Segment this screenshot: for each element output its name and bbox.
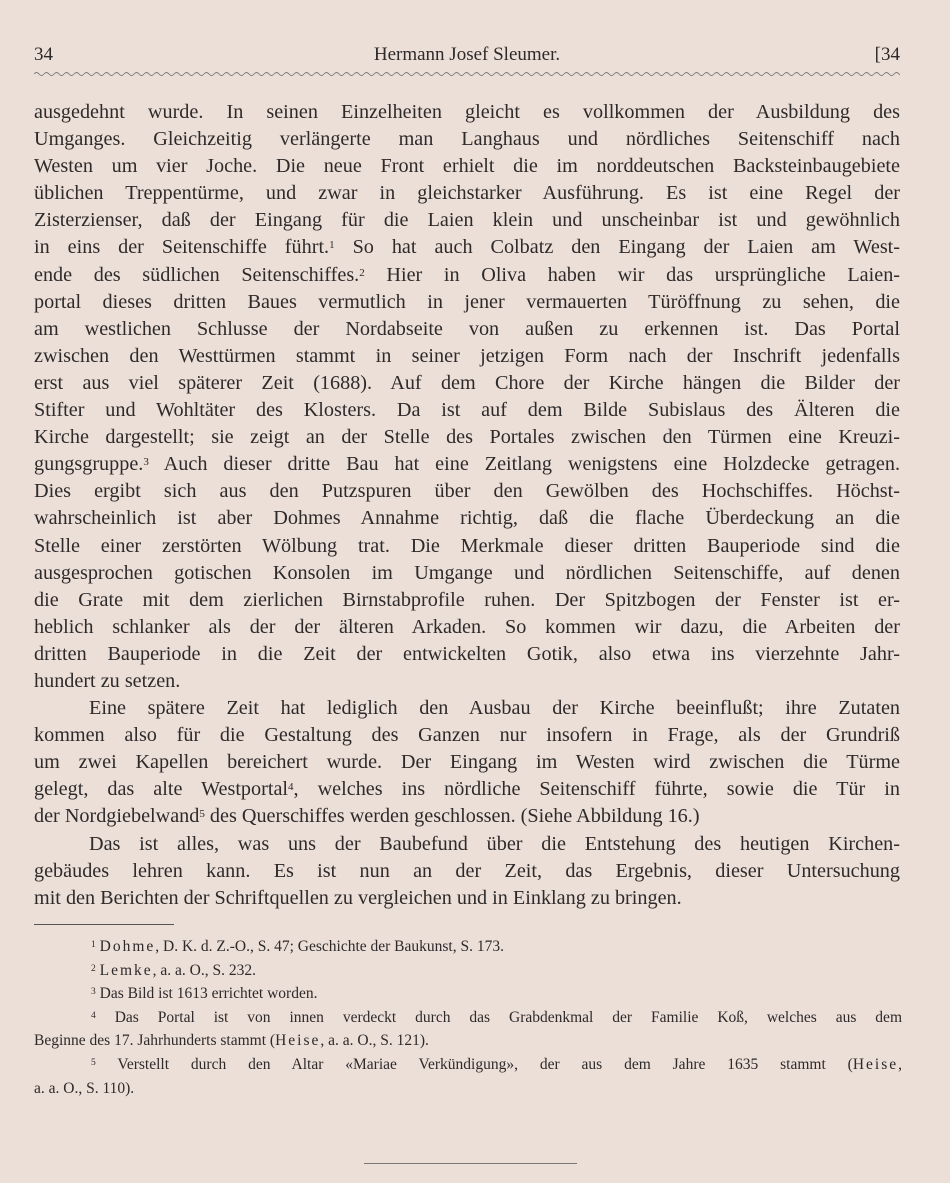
text-line: ausgedehnt wurde. In seinen Einzelheiten…: [34, 99, 900, 126]
bottom-rule: [364, 1163, 577, 1164]
text-line: heblich schlanker als der der älteren Ar…: [34, 614, 900, 641]
footnote-4: 4 Das Portal ist von innen verdeckt durc…: [34, 1006, 902, 1030]
text-line: Stifter und Wohltäter des Klosters. Da i…: [34, 397, 900, 424]
text-line: Stelle einer zerstörten Wölbung trat. Di…: [34, 533, 900, 560]
text-line: kommen also für die Gestaltung des Ganze…: [34, 722, 900, 749]
footnote-ref[interactable]: 3: [143, 456, 149, 468]
text-line: der Nordgiebelwand5 des Querschiffes wer…: [34, 803, 900, 830]
footnote-separator: [34, 924, 174, 925]
text-line: Eine spätere Zeit hat lediglich den Ausb…: [34, 695, 900, 722]
body-text: ausgedehnt wurde. In seinen Einzelheiten…: [34, 99, 900, 912]
text-line: hundert zu setzen.: [34, 668, 900, 695]
wavy-header-rule: [34, 70, 900, 78]
footnote-ref[interactable]: 2: [359, 267, 365, 279]
text-line: Umganges. Gleichzeitig verlängerte man L…: [34, 126, 900, 153]
text-line: mit den Berichten der Schriftquellen zu …: [34, 885, 900, 912]
text-line: erst aus viel späterer Zeit (1688). Auf …: [34, 370, 900, 397]
text-line: dritten Bauperiode in die Zeit der entwi…: [34, 641, 900, 668]
footnote-3: 3 Das Bild ist 1613 errichtet worden.: [34, 982, 902, 1006]
text-line: in eins der Seitenschiffe führt.1 So hat…: [34, 234, 900, 261]
text-line: die Grate mit dem zierlichen Birnstabpro…: [34, 587, 900, 614]
text-line: Dies ergibt sich aus den Putzspuren über…: [34, 478, 900, 505]
footnote-5-cont: a. a. O., S. 110).: [34, 1077, 902, 1101]
text-line: portal dieses dritten Baues vermutlich i…: [34, 289, 900, 316]
footnote-4-cont: Beginne des 17. Jahrhunderts stammt (Hei…: [34, 1029, 902, 1053]
text-line: zwischen den Westtürmen stammt in seiner…: [34, 343, 900, 370]
page-number-right: [34: [875, 44, 900, 66]
footnote-1: 1 Dohme, D. K. d. Z.-O., S. 47; Geschich…: [34, 935, 902, 959]
text-line: am westlichen Schlusse der Nordabseite v…: [34, 316, 900, 343]
text-line: ende des südlichen Seitenschiffes.2 Hier…: [34, 262, 900, 289]
footnotes: 1 Dohme, D. K. d. Z.-O., S. 47; Geschich…: [34, 935, 902, 1100]
footnote-2: 2 Lemke, a. a. O., S. 232.: [34, 959, 902, 983]
text-line: gebäudes lehren kann. Es ist nun an der …: [34, 858, 900, 885]
footnote-5: 5 Verstellt durch den Altar «Mariae Verk…: [34, 1053, 902, 1077]
text-line: gungsgruppe.3 Auch dieser dritte Bau hat…: [34, 451, 900, 478]
text-line: Kirche dargestellt; sie zeigt an der Ste…: [34, 424, 900, 451]
running-header: 34 Hermann Josef Sleumer. [34: [34, 44, 900, 70]
text-line: wahrscheinlich ist aber Dohmes Annahme r…: [34, 505, 900, 532]
text-line: um zwei Kapellen bereichert wurde. Der E…: [34, 749, 900, 776]
text-line: Das ist alles, was uns der Baubefund übe…: [34, 831, 900, 858]
footnote-ref[interactable]: 1: [329, 239, 335, 251]
footnote-ref[interactable]: 5: [199, 808, 205, 820]
text-line: üblichen Treppentürme, und zwar in gleic…: [34, 180, 900, 207]
running-title: Hermann Josef Sleumer.: [34, 44, 900, 66]
text-line: Westen um vier Joche. Die neue Front erh…: [34, 153, 900, 180]
footnote-ref[interactable]: 4: [288, 781, 294, 793]
text-line: Zisterzienser, daß der Eingang für die L…: [34, 207, 900, 234]
text-line: ausgesprochen gotischen Konsolen im Umga…: [34, 560, 900, 587]
text-line: gelegt, das alte Westportal4, welches in…: [34, 776, 900, 803]
